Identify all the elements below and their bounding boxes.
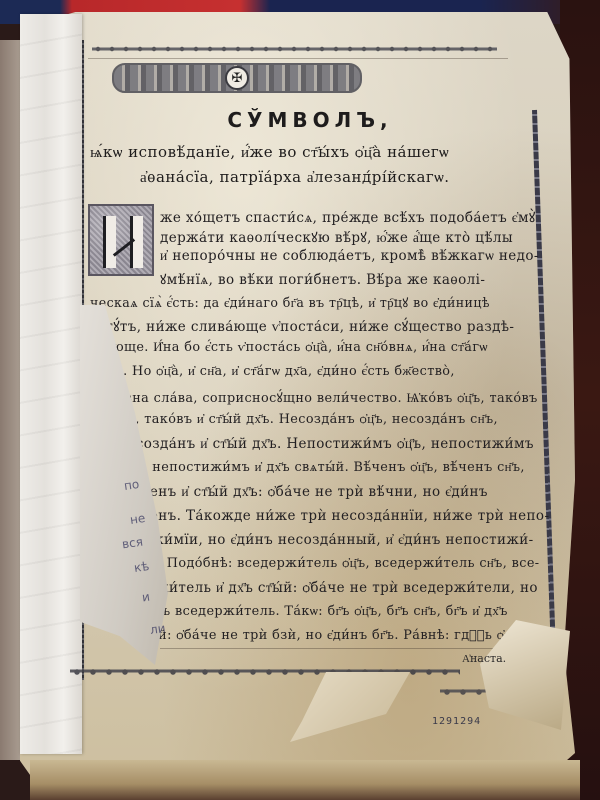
text-line: держа́ти каѳолі́ческꙋю вѣ́рꙋ, ю҆́же а҆́щ… <box>160 228 513 246</box>
torn-fragment-text: кѣ <box>133 559 150 575</box>
subtitle-line-1: ѩ́кѡ исповѣ́данїе, и҆́же во ст҃ы́хъ ѻ҆ц҃… <box>90 143 530 162</box>
catchword: А҆наста. <box>462 652 506 665</box>
torn-fragment-text: по <box>123 477 140 493</box>
text-line: вѣ́ченъ и҆ ст҃ы́й дх҃ъ: ѻ҆ба́че не трѝ в… <box>124 484 488 500</box>
text-line: несозда́нъ и҆ ст҃ы́й дх҃ъ. Непостижи́мъ … <box>118 436 534 452</box>
bottom-rule <box>160 648 530 649</box>
book-bottom-edge <box>30 760 580 800</box>
text-line: вѣ́ченъ. Та́кожде ни́же трѝ несозда́ннїи… <box>124 508 549 524</box>
text-line: лѧ́юще. И҆́на бо є҆́сть ѵ҆поста́сь ѻ҆ц҃а… <box>96 340 488 355</box>
text-line: ческаѧ сїѧ̀ є҆́сть: да є҆ди́наго бг҃а въ… <box>90 294 490 311</box>
top-rule <box>88 58 508 59</box>
text-line: є҆ди́нъ вседержи́тель. Та́кѡ: бг҃ъ ѻ҆ц҃ъ… <box>130 604 508 619</box>
text-line: сн҃ъ, тако́въ и҆ ст҃ы́й дх҃ъ. Несозда́нъ… <box>112 412 498 427</box>
text-line: сн҃ъ, непостижи́мъ и҆ дх҃ъ свѧты́й. Вѣ́ч… <box>120 460 525 475</box>
text-line: и҆ непоро́чны не соблюда́етъ, кромѣ̀ вѣ́… <box>160 248 539 264</box>
dropcap-letter-i-icon <box>103 216 143 268</box>
ornamental-top-border <box>92 42 497 56</box>
text-line: ꙋмѣ́нїѧ, во вѣ́ки поги́бнетъ. Вѣ́ра же к… <box>160 270 485 288</box>
page-title: СЎМВОЛЪ, <box>0 108 600 132</box>
cross-icon: ✠ <box>225 66 249 90</box>
text-line: ра́вна сла́ва, соприсносꙋ́щно вели́честв… <box>108 388 538 406</box>
text-line: же хо́щетъ спасти́сѧ, пре́жде всѣ́хъ под… <box>160 208 536 226</box>
illuminated-dropcap <box>88 204 154 276</box>
text-line: ст҃ы́й: ѻ҆ба́че не трѝ бзѝ, но є҆ди́нъ б… <box>134 628 525 643</box>
inventory-number: 1291294 <box>432 716 481 727</box>
text-line: стижи́мїи, но є҆ди́нъ несозда́нный, и҆ є… <box>126 532 534 548</box>
torn-fragment-text: вся <box>121 535 144 552</box>
torn-fragment-text: ли <box>149 621 166 637</box>
text-line: держи́тель и҆ дх҃ъ ст҃ы́й: ѻ҆ба́че не тр… <box>130 580 538 596</box>
text-line: дх҃а. Но ѻ҆ц҃а̀, и҆ сн҃а, и҆ ст҃а́гѡ дх҃… <box>100 364 455 379</box>
text-line: мый. Подо́бнѣ: вседержи́тель ѻ҆ц҃ъ, всед… <box>128 556 540 571</box>
text-line: чтꙋ́тъ, ни́же слива́юще ѵ҆поста́си, ни́ж… <box>96 317 514 335</box>
torn-fragment-text: не <box>129 511 146 527</box>
subtitle-line-2: а҆ѳана́сїа, патрїа́рха а҆лезанд́рі́йскаг… <box>140 168 580 187</box>
